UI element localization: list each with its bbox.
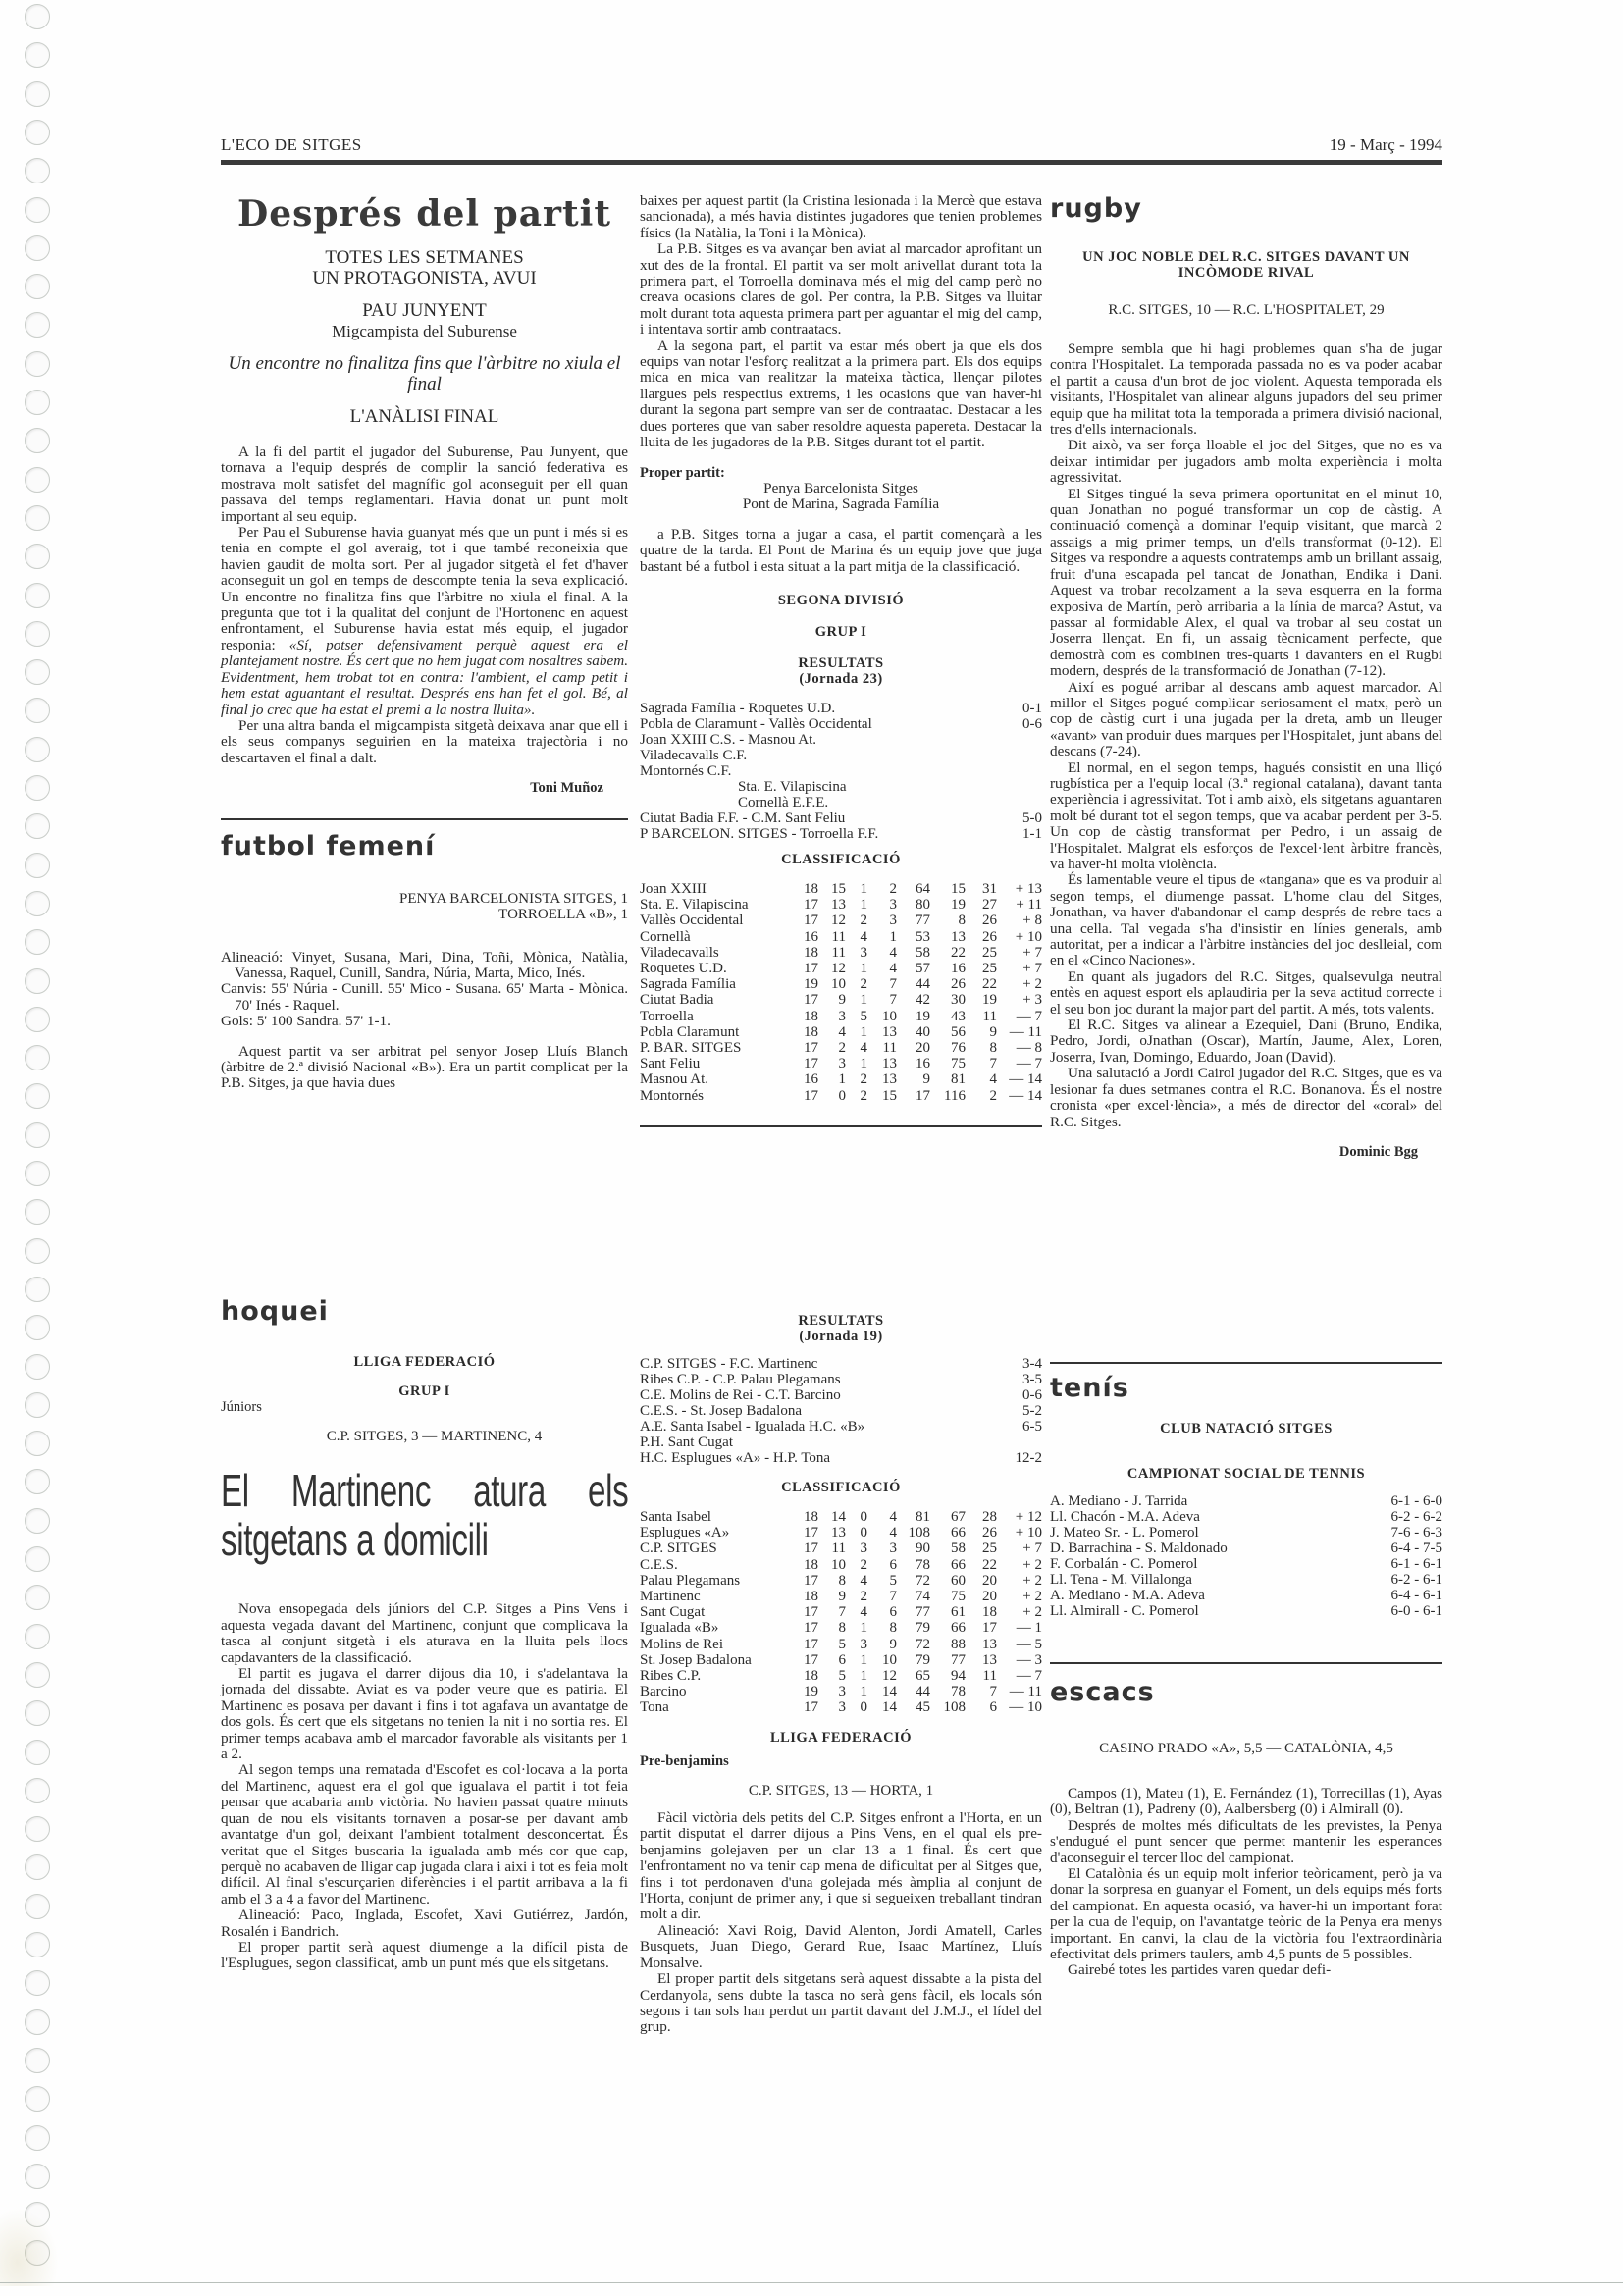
standings-lost: 6: [867, 1557, 897, 1573]
result-row: P.H. Sant Cugat: [640, 1435, 1042, 1450]
paragraph: Una salutació a Jordi Cairol jugador del…: [1050, 1066, 1442, 1130]
binding-hole: [25, 1161, 50, 1186]
standings-lost: 4: [867, 1525, 897, 1540]
lineup: Alineació: Xavi Roig, David Alenton, Jor…: [640, 1923, 1042, 1971]
binding-hole: [25, 81, 50, 107]
paragraph: Per una altra banda el migcampista sitge…: [221, 718, 628, 766]
match-teams: Pobla de Claramunt - Vallès Occidental: [640, 716, 1012, 732]
match-teams: Ll. Tena - M. Villalonga: [1050, 1572, 1354, 1588]
paragraph: Campos (1), Mateu (1), E. Fernández (1),…: [1050, 1786, 1442, 1818]
binding-hole: [25, 813, 50, 839]
standings-won: 8: [818, 1573, 846, 1589]
standings-won: 10: [818, 1557, 846, 1573]
standings-played: 18: [793, 1589, 818, 1604]
standings-goals-for: 78: [897, 1557, 930, 1573]
section-rule: [640, 1125, 1042, 1127]
standings-lost: 7: [867, 1589, 897, 1604]
match-teams: C.E.S. - St. Josep Badalona: [640, 1403, 999, 1419]
match-score: 7-6 - 6-3: [1354, 1525, 1442, 1540]
standings-drawn: 2: [846, 976, 867, 992]
match-score: 6-5: [999, 1419, 1042, 1435]
result-row: Ribes C.P. - C.P. Palau Plegamans3-5: [640, 1372, 1042, 1387]
championship-name: CAMPIONAT SOCIAL DE TENNIS: [1050, 1466, 1442, 1482]
match-score: C.P. SITGES, 3 — MARTINENC, 4: [221, 1429, 628, 1444]
standings-goal-diff: + 10: [997, 929, 1042, 945]
match-score: 6-2 - 6-2: [1354, 1509, 1442, 1525]
league-name: LLIGA FEDERACIÓ: [221, 1354, 628, 1370]
category-label: Pre-benjamins: [640, 1753, 1042, 1769]
standings-drawn: 1: [846, 1668, 867, 1684]
binding-hole: [25, 1740, 50, 1765]
standings-goals-for: 77: [897, 913, 930, 928]
author-signature: Toni Muñoz: [221, 780, 628, 796]
result-row: H.C. Esplugues «A» - H.P. Tona12-2: [640, 1450, 1042, 1466]
standings-lost: 13: [867, 1056, 897, 1071]
binding-hole: [25, 1122, 50, 1148]
goals: Gols: 5' 100 Sandra. 57' 1-1.: [221, 1014, 628, 1029]
standings-won: 12: [818, 913, 846, 928]
standings-row: Torroella183510194311— 7: [640, 1009, 1042, 1024]
standings-row: Barcino19311444787— 11: [640, 1684, 1042, 1699]
match-score: [1012, 795, 1042, 810]
standings-goals-against: 61: [930, 1604, 966, 1620]
match-teams: Ribes C.P. - C.P. Palau Plegamans: [640, 1372, 999, 1387]
standings-team: Palau Plegamans: [640, 1573, 793, 1589]
standings-points: 13: [966, 1637, 997, 1652]
rugby-headline: UN JOC NOBLE DEL R.C. SITGES DAVANT UN I…: [1050, 249, 1442, 281]
standings-points: 22: [966, 976, 997, 992]
match-teams: A. Mediano - M.A. Adeva: [1050, 1588, 1354, 1603]
standings-lost: 13: [867, 1024, 897, 1040]
standings-drawn: 1: [846, 897, 867, 913]
standings-goals-against: 75: [930, 1056, 966, 1071]
binding-hole: [25, 737, 50, 762]
masthead-rule: [221, 160, 1442, 165]
binding-hole: [25, 1585, 50, 1610]
standings-won: 11: [818, 1540, 846, 1556]
binding-hole: [25, 120, 50, 145]
standings-drawn: 0: [846, 1699, 867, 1715]
standings-goals-for: 74: [897, 1589, 930, 1604]
standings-played: 17: [793, 1540, 818, 1556]
standings-drawn: 2: [846, 1088, 867, 1104]
standings-goals-against: 8: [930, 913, 966, 928]
standings-goals-against: 75: [930, 1589, 966, 1604]
tennis-result-row: A. Mediano - M.A. Adeva6-4 - 6-1: [1050, 1588, 1442, 1603]
standings-goals-for: 45: [897, 1699, 930, 1715]
standings-row: Sta. E. Vilapiscina171313801927+ 11: [640, 897, 1042, 913]
standings-goals-against: 19: [930, 897, 966, 913]
paragraph: El Catalònia és un equip molt inferior t…: [1050, 1866, 1442, 1962]
tennis-result-row: Ll. Chacón - M.A. Adeva6-2 - 6-2: [1050, 1509, 1442, 1525]
standings-drawn: 1: [846, 1652, 867, 1668]
standings-drawn: 4: [846, 1040, 867, 1056]
standings-played: 17: [793, 897, 818, 913]
standings-team: Viladecavalls: [640, 945, 793, 961]
standings-goal-diff: — 8: [997, 1040, 1042, 1056]
standings-lost: 11: [867, 1040, 897, 1056]
standings-lost: 3: [867, 897, 897, 913]
standings-drawn: 4: [846, 1604, 867, 1620]
standings-lost: 8: [867, 1620, 897, 1636]
standings-played: 18: [793, 1557, 818, 1573]
standings-drawn: 1: [846, 1684, 867, 1699]
lineup: Alineació: Vinyet, Susana, Mari, Dina, T…: [221, 950, 628, 982]
match-score: [999, 1435, 1042, 1450]
paragraph: A la fi del partit el jugador del Subure…: [221, 444, 628, 525]
binding-hole: [25, 505, 50, 531]
kicker-line-2: UN PROTAGONISTA, AVUI: [221, 268, 628, 288]
standings-team: Sant Feliu: [640, 1056, 793, 1071]
result-row: Cornellà E.F.E.: [640, 795, 1042, 810]
match-teams: Ll. Almirall - C. Pomerol: [1050, 1603, 1354, 1619]
standings-row: Molins de Rei17539728813— 5: [640, 1637, 1042, 1652]
standings-goals-for: 44: [897, 1684, 930, 1699]
standings-goals-for: 72: [897, 1637, 930, 1652]
standings-played: 17: [793, 1699, 818, 1715]
standings-goal-diff: + 7: [997, 961, 1042, 976]
standings-lost: 4: [867, 961, 897, 976]
standings-goals-for: 53: [897, 929, 930, 945]
binding-hole: [25, 1700, 50, 1726]
standings-goals-against: 60: [930, 1573, 966, 1589]
player-name: PAU JUNYENT: [221, 300, 628, 321]
standings-team: Ribes C.P.: [640, 1668, 793, 1684]
standings-lost: 4: [867, 945, 897, 961]
rugby-section: rugby UN JOC NOBLE DEL R.C. SITGES DAVAN…: [1050, 194, 1442, 1160]
standings-team: Esplugues «A»: [640, 1525, 793, 1540]
standings-goals-against: 81: [930, 1071, 966, 1087]
standings-team: Igualada «B»: [640, 1620, 793, 1636]
match-score: CASINO PRADO «A», 5,5 — CATALÒNIA, 4,5: [1050, 1741, 1442, 1756]
paragraph: baixes per aquest partit (la Cristina le…: [640, 193, 1042, 241]
group-title: GRUP I: [640, 624, 1042, 640]
paragraph: a P.B. Sitges torna a jugar a casa, el p…: [640, 527, 1042, 575]
standings-played: 16: [793, 1071, 818, 1087]
standings-team: Cornellà: [640, 929, 793, 945]
tennis-result-row: J. Mateo Sr. - L. Pomerol7-6 - 6-3: [1050, 1525, 1442, 1540]
standings-points: 11: [966, 1668, 997, 1684]
binding-hole: [25, 1854, 50, 1880]
standings-points: 6: [966, 1699, 997, 1715]
match-score: [1012, 763, 1042, 779]
standings-points: 17: [966, 1620, 997, 1636]
standings-team: Montornés: [640, 1088, 793, 1104]
result-row: Montornés C.F.: [640, 763, 1042, 779]
column-1: Després del partit TOTES LES SETMANES UN…: [221, 194, 628, 1092]
match-score: 6-1 - 6-1: [1354, 1556, 1442, 1572]
match-score: 6-0 - 6-1: [1354, 1603, 1442, 1619]
binding-hole: [25, 1546, 50, 1572]
standings-table-football: Joan XXIII181512641531+ 13Sta. E. Vilapi…: [640, 881, 1042, 1104]
standings-title: CLASSIFICACIÓ: [640, 852, 1042, 867]
standings-row: Pobla Claramunt18411340569— 11: [640, 1024, 1042, 1040]
standings-goals-for: 72: [897, 1573, 930, 1589]
standings-won: 2: [818, 1040, 846, 1056]
standings-drawn: 2: [846, 1589, 867, 1604]
standings-drawn: 2: [846, 1071, 867, 1087]
match-score: 5-2: [999, 1403, 1042, 1419]
match-teams: Montornés C.F.: [640, 763, 1012, 779]
group-name: GRUP I: [221, 1383, 628, 1399]
section-title-womens-football: futbol femení: [221, 832, 628, 861]
standings-played: 19: [793, 1684, 818, 1699]
standings-team: Sant Cugat: [640, 1604, 793, 1620]
standings-won: 11: [818, 929, 846, 945]
standings-team: Sta. E. Vilapiscina: [640, 897, 793, 913]
standings-goals-against: 43: [930, 1009, 966, 1024]
standings-points: 26: [966, 929, 997, 945]
paragraph: Gairebé totes les partides varen quedar …: [1050, 1962, 1442, 1978]
standings-drawn: 5: [846, 1009, 867, 1024]
standings-won: 1: [818, 1071, 846, 1087]
binding-hole: [25, 968, 50, 994]
standings-lost: 15: [867, 1088, 897, 1104]
standings-points: 25: [966, 1540, 997, 1556]
standings-row: Tona173014451086— 10: [640, 1699, 1042, 1715]
binding-hole: [25, 2125, 50, 2151]
category-label: Júniors: [221, 1399, 628, 1415]
result-row: Joan XXIII C.S. - Masnou At.: [640, 732, 1042, 748]
standings-goals-for: 42: [897, 992, 930, 1008]
binding-hole: [25, 4, 50, 29]
standings-goal-diff: + 12: [997, 1509, 1042, 1525]
standings-team: Santa Isabel: [640, 1509, 793, 1525]
standings-goals-for: 81: [897, 1509, 930, 1525]
match-teams: A.E. Santa Isabel - Igualada H.C. «B»: [640, 1419, 999, 1435]
standings-won: 9: [818, 992, 846, 1008]
standings-goals-for: 44: [897, 976, 930, 992]
standings-won: 9: [818, 1589, 846, 1604]
standings-drawn: 1: [846, 1024, 867, 1040]
hockey-section: hoquei LLIGA FEDERACIÓ GRUP I Júniors C.…: [221, 1297, 628, 1972]
standings-title: CLASSIFICACIÓ: [640, 1480, 1042, 1495]
tennis-result-row: F. Corbalán - C. Pomerol6-1 - 6-1: [1050, 1556, 1442, 1572]
standings-lost: 3: [867, 1540, 897, 1556]
score-home: PENYA BARCELONISTA SITGES, 1: [221, 891, 628, 907]
standings-goals-against: 15: [930, 881, 966, 897]
standings-team: Tona: [640, 1699, 793, 1715]
binding-hole: [25, 2086, 50, 2112]
standings-won: 15: [818, 881, 846, 897]
standings-drawn: 3: [846, 1540, 867, 1556]
standings-table-hockey: Santa Isabel181404816728+ 12Esplugues «A…: [640, 1509, 1042, 1716]
standings-row: Esplugues «A»1713041086626+ 10: [640, 1525, 1042, 1540]
standings-played: 19: [793, 976, 818, 992]
section-title-rugby: rugby: [1050, 194, 1442, 224]
standings-goals-for: 20: [897, 1040, 930, 1056]
standings-goals-against: 78: [930, 1684, 966, 1699]
paragraph: El normal, en el segon temps, hagués con…: [1050, 760, 1442, 873]
womens-football-section: futbol femení PENYA BARCELONISTA SITGES,…: [221, 832, 628, 1092]
binding-hole: [25, 42, 50, 68]
binding-hole: [25, 1277, 50, 1302]
match-score: 6-4 - 7-5: [1354, 1540, 1442, 1556]
standings-won: 10: [818, 976, 846, 992]
league-title: LLIGA FEDERACIÓ: [640, 1730, 1042, 1746]
paragraph: Per Pau el Suburense havia guanyat més q…: [221, 525, 628, 718]
standings-goal-diff: — 14: [997, 1071, 1042, 1087]
binding-hole: [25, 1816, 50, 1842]
tennis-result-row: Ll. Almirall - C. Pomerol6-0 - 6-1: [1050, 1603, 1442, 1619]
paragraph: La P.B. Sitges es va avançar ben aviat a…: [640, 241, 1042, 338]
next-match-team-1: Penya Barcelonista Sitges: [640, 481, 1042, 496]
standings-played: 18: [793, 1668, 818, 1684]
kicker-line-1: TOTES LES SETMANES: [221, 247, 628, 268]
standings-goals-against: 76: [930, 1040, 966, 1056]
binding-hole: [25, 467, 50, 493]
club-name: CLUB NATACIÓ SITGES: [1050, 1421, 1442, 1436]
standings-goals-for: 65: [897, 1668, 930, 1684]
paragraph: El partit es jugava el darrer dijous dia…: [221, 1666, 628, 1762]
binding-hole: [25, 2009, 50, 2035]
match-teams: P.H. Sant Cugat: [640, 1435, 999, 1450]
results-title: RESULTATS: [640, 655, 1042, 671]
standings-row: Santa Isabel181404816728+ 12: [640, 1509, 1042, 1525]
standings-points: 7: [966, 1684, 997, 1699]
standings-row: Montornés170215171162— 14: [640, 1088, 1042, 1104]
binding-hole: [25, 929, 50, 955]
standings-goals-for: 57: [897, 961, 930, 976]
match-teams: F. Corbalán - C. Pomerol: [1050, 1556, 1354, 1572]
standings-won: 3: [818, 1699, 846, 1715]
standings-points: 18: [966, 1604, 997, 1620]
tennis-result-row: A. Mediano - J. Tarrida6-1 - 6-0: [1050, 1493, 1442, 1509]
paragraph: Després de moltes més dificultats de les…: [1050, 1818, 1442, 1866]
standings-points: 25: [966, 945, 997, 961]
standings-lost: 7: [867, 976, 897, 992]
match-score: R.C. SITGES, 10 — R.C. L'HOSPITALET, 29: [1050, 302, 1442, 318]
standings-played: 17: [793, 1620, 818, 1636]
standings-team: Roquetes U.D.: [640, 961, 793, 976]
paragraph: A la segona part, el partit va estar més…: [640, 339, 1042, 451]
standings-lost: 10: [867, 1652, 897, 1668]
standings-goal-diff: + 3: [997, 992, 1042, 1008]
standings-goal-diff: — 14: [997, 1088, 1042, 1104]
standings-drawn: 2: [846, 913, 867, 928]
binding-hole: [25, 891, 50, 916]
tennis-results-table: A. Mediano - J. Tarrida6-1 - 6-0Ll. Chac…: [1050, 1493, 1442, 1619]
paragraph-text: Per Pau el Suburense havia guanyat més q…: [221, 524, 628, 653]
results-title: RESULTATS: [640, 1313, 1042, 1329]
standings-lost: 6: [867, 1604, 897, 1620]
standings-goals-against: 116: [930, 1088, 966, 1104]
result-row: Viladecavalls C.F.: [640, 748, 1042, 763]
match-score: 0-1: [1012, 701, 1042, 716]
standings-played: 17: [793, 1652, 818, 1668]
standings-played: 17: [793, 1525, 818, 1540]
standings-row: Martinenc18927747520+ 2: [640, 1589, 1042, 1604]
standings-points: 2: [966, 1088, 997, 1104]
standings-won: 0: [818, 1088, 846, 1104]
result-row: C.P. SITGES - F.C. Martinenc3-4: [640, 1356, 1042, 1372]
standings-goal-diff: + 11: [997, 897, 1042, 913]
standings-goal-diff: + 2: [997, 1573, 1042, 1589]
standings-goals-against: 77: [930, 1652, 966, 1668]
match-teams: P BARCELON. SITGES - Torroella F.F.: [640, 826, 1012, 842]
standings-goal-diff: + 2: [997, 976, 1042, 992]
binding-hole: [25, 698, 50, 723]
standings-row: Igualada «B»17818796617— 1: [640, 1620, 1042, 1636]
match-teams: A. Mediano - J. Tarrida: [1050, 1493, 1354, 1509]
match-score: 6-2 - 6-1: [1354, 1572, 1442, 1588]
binding-hole: [25, 235, 50, 261]
match-score: 3-5: [999, 1372, 1042, 1387]
standings-drawn: 1: [846, 1620, 867, 1636]
paragraph: Fàcil victòria dels petits del C.P. Sitg…: [640, 1810, 1042, 1923]
standings-drawn: 1: [846, 881, 867, 897]
standings-goals-against: 30: [930, 992, 966, 1008]
match-score: [1012, 748, 1042, 763]
standings-team: C.E.S.: [640, 1557, 793, 1573]
standings-played: 18: [793, 945, 818, 961]
result-row: C.E. Molins de Rei - C.T. Barcino0-6: [640, 1387, 1042, 1403]
standings-lost: 5: [867, 1573, 897, 1589]
result-row: P BARCELON. SITGES - Torroella F.F.1-1: [640, 826, 1042, 842]
standings-drawn: 4: [846, 929, 867, 945]
standings-drawn: 3: [846, 1637, 867, 1652]
standings-team: Sagrada Família: [640, 976, 793, 992]
standings-points: 4: [966, 1071, 997, 1087]
standings-goals-for: 16: [897, 1056, 930, 1071]
standings-row: Sagrada Família191027442622+ 2: [640, 976, 1042, 992]
results-round: (Jornada 23): [640, 671, 1042, 687]
binding-hole: [25, 1431, 50, 1456]
standings-lost: 13: [867, 1071, 897, 1087]
match-teams: Sta. E. Vilapiscina: [640, 779, 1012, 795]
standings-drawn: 0: [846, 1525, 867, 1540]
standings-points: 28: [966, 1509, 997, 1525]
standings-points: 31: [966, 881, 997, 897]
match-score: 6-4 - 6-1: [1354, 1588, 1442, 1603]
standings-team: Masnou At.: [640, 1071, 793, 1087]
standings-team: P. BAR. SITGES: [640, 1040, 793, 1056]
tennis-section: tenís CLUB NATACIÓ SITGES CAMPIONAT SOCI…: [1050, 1362, 1442, 1619]
binding-hole: [25, 1315, 50, 1340]
standings-team: C.P. SITGES: [640, 1540, 793, 1556]
standings-team: Ciutat Badia: [640, 992, 793, 1008]
binding-hole: [25, 1624, 50, 1649]
binding-hole: [25, 775, 50, 801]
standings-won: 3: [818, 1684, 846, 1699]
paragraph: El proper partit dels sitgetans serà aqu…: [640, 1971, 1042, 2036]
standings-row: Roquetes U.D.171214571625+ 7: [640, 961, 1042, 976]
binding-hole: [25, 1083, 50, 1109]
binding-hole: [25, 1778, 50, 1803]
standings-played: 17: [793, 1604, 818, 1620]
standings-row: Ciutat Badia17917423019+ 3: [640, 992, 1042, 1008]
next-match-team-2: Pont de Marina, Sagrada Família: [640, 496, 1042, 512]
standings-goals-for: 80: [897, 897, 930, 913]
match-score: 0-6: [1012, 716, 1042, 732]
standings-goal-diff: — 7: [997, 1009, 1042, 1024]
standings-won: 14: [818, 1509, 846, 1525]
match-teams: Ciutat Badia F.F. - C.M. Sant Feliu: [640, 810, 1012, 826]
standings-goals-for: 17: [897, 1088, 930, 1104]
after-match-article: Després del partit TOTES LES SETMANES UN…: [221, 194, 628, 797]
standings-won: 12: [818, 961, 846, 976]
standings-lost: 3: [867, 913, 897, 928]
newspaper-name: L'ECO DE SITGES: [221, 135, 362, 155]
standings-row: P. BAR. SITGES17241120768— 8: [640, 1040, 1042, 1056]
standings-team: Barcino: [640, 1684, 793, 1699]
standings-goals-against: 88: [930, 1637, 966, 1652]
standings-row: Viladecavalls181134582225+ 7: [640, 945, 1042, 961]
standings-goal-diff: + 2: [997, 1589, 1042, 1604]
standings-goal-diff: — 11: [997, 1024, 1042, 1040]
binding-hole: [25, 1469, 50, 1494]
match-score: [1012, 732, 1042, 748]
